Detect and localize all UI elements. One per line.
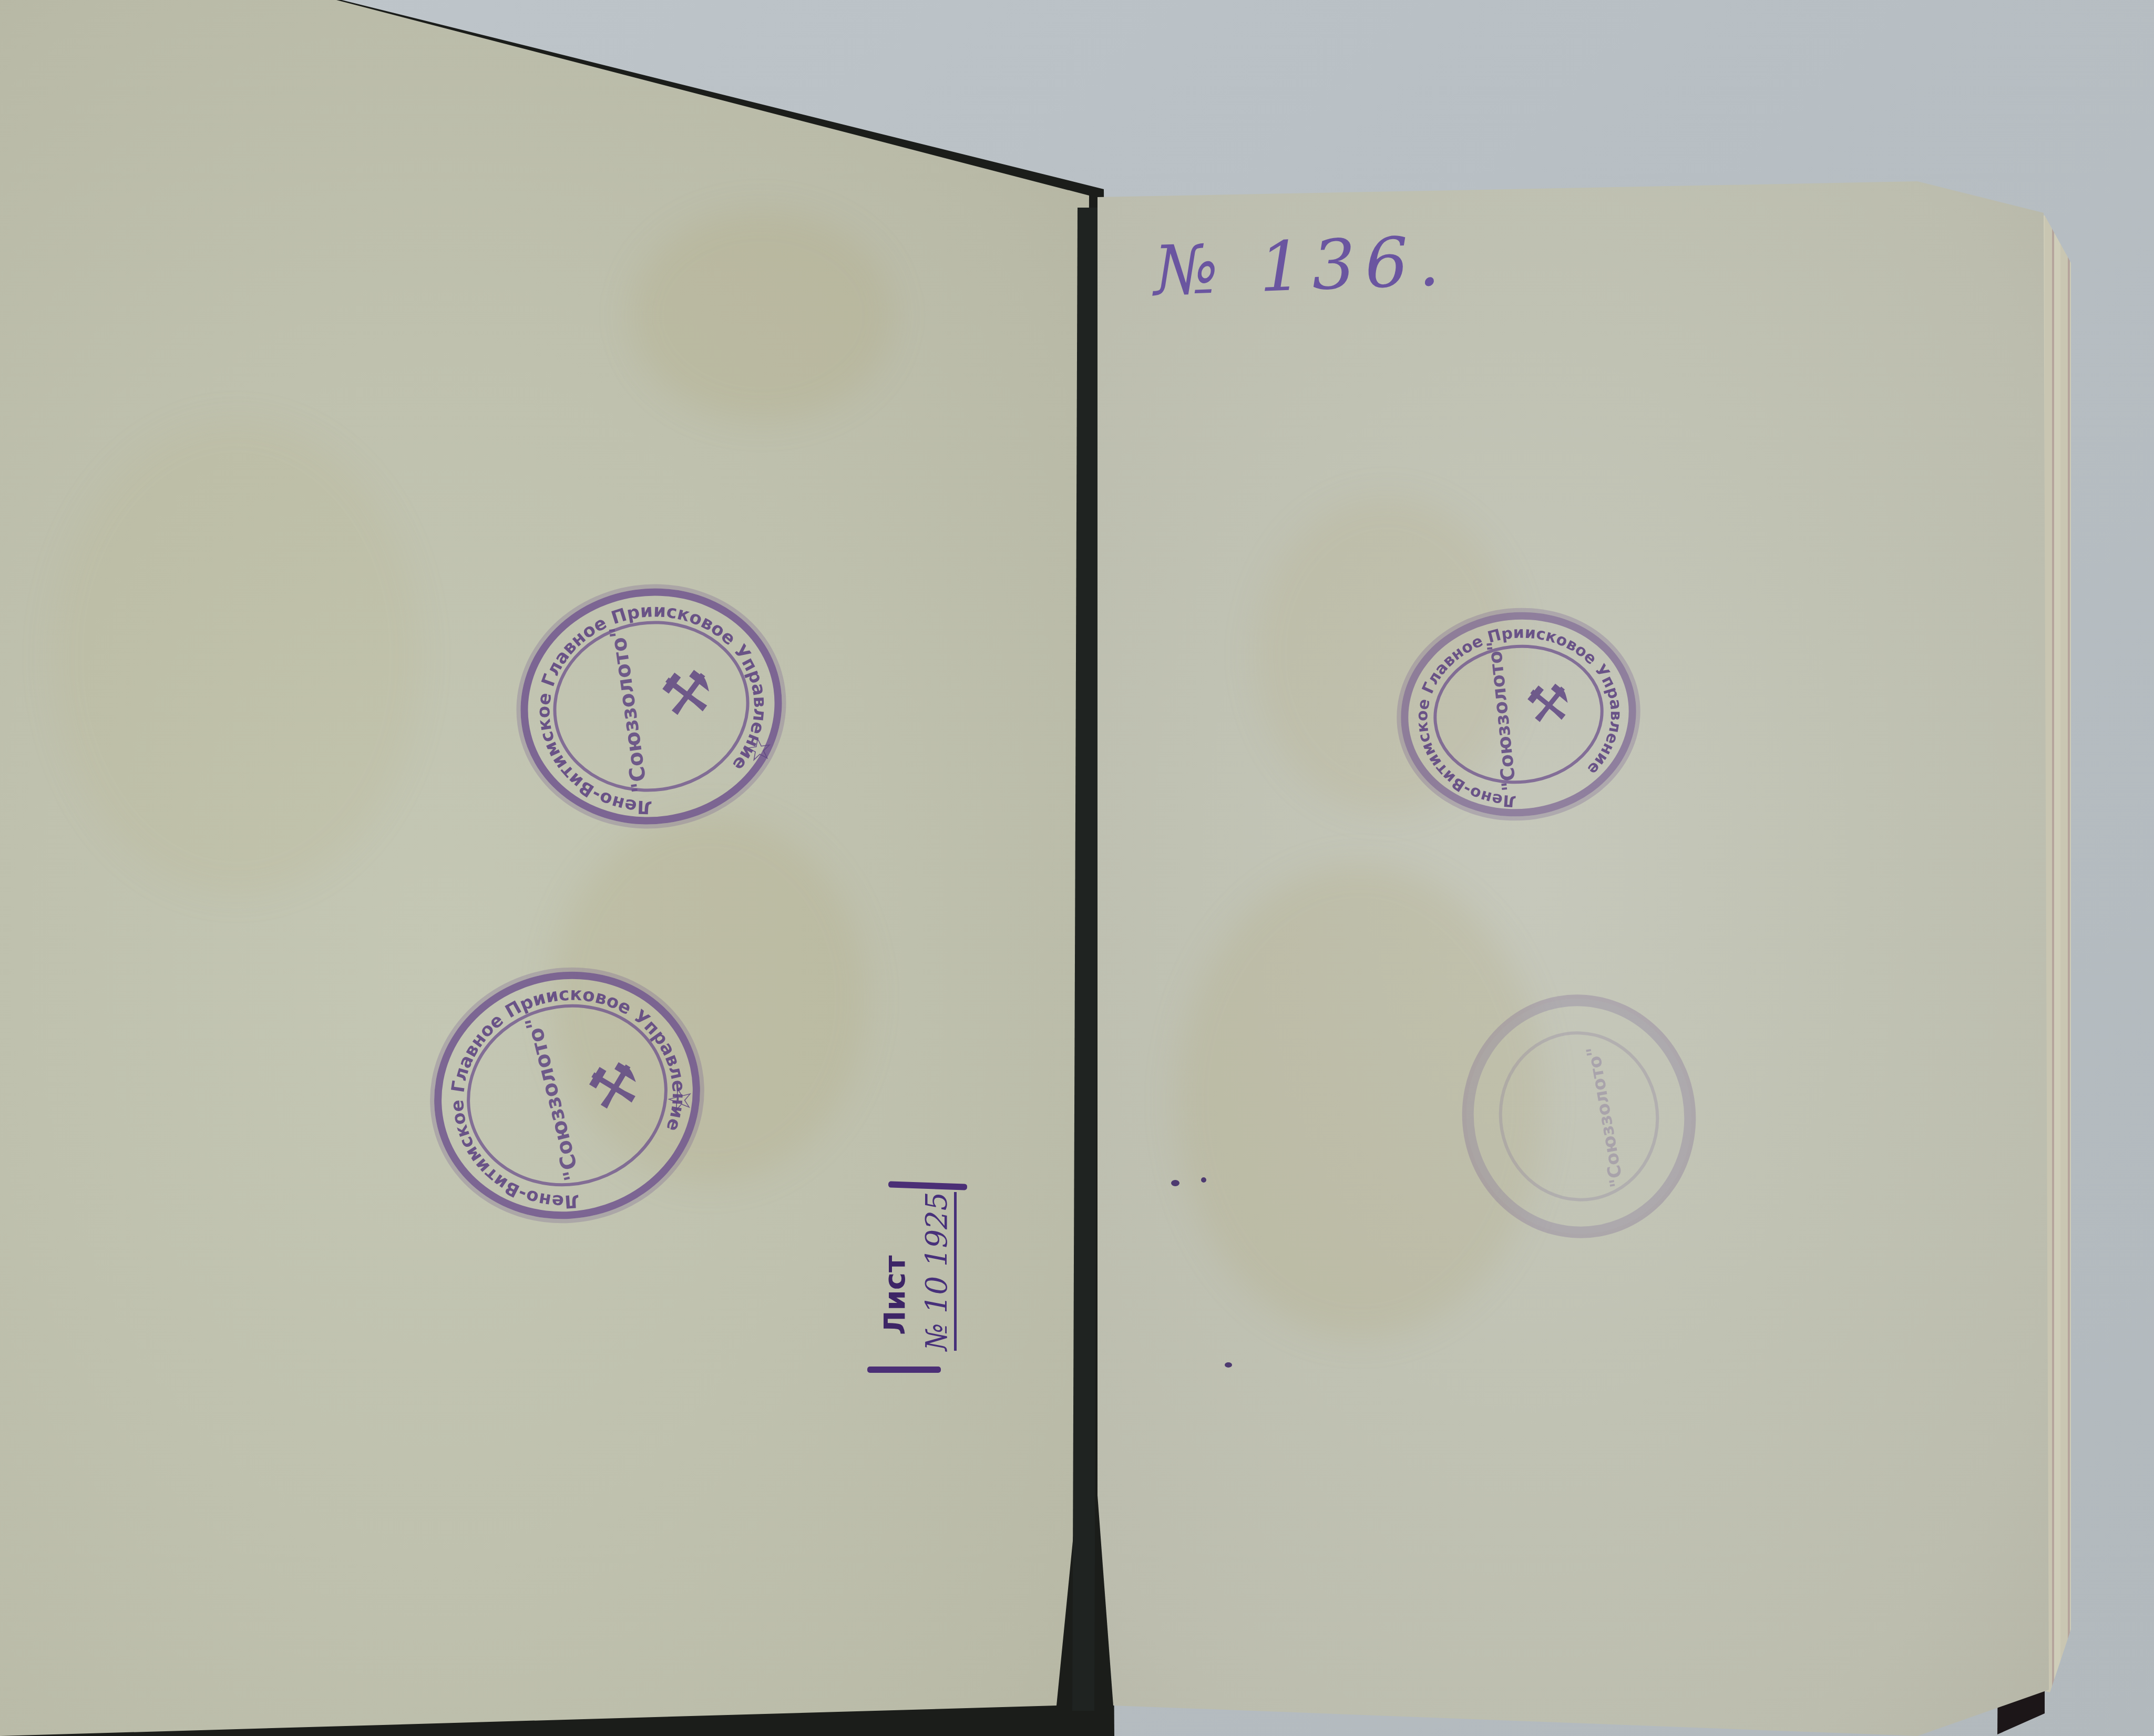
- left-endpaper: [0, 0, 1101, 1736]
- water-stain: [53, 420, 420, 893]
- stamp-left-top: Лено-Витимское Главное Приисковое Управл…: [505, 572, 797, 841]
- stamp-center-text: "Союззолото": [1483, 640, 1521, 792]
- sheet-number-stamp: Лист № 10 1925: [852, 1167, 972, 1388]
- stamp-center-text: "Союззолото": [521, 1015, 585, 1183]
- right-flyleaf: [1097, 181, 2049, 1736]
- sheet-label: Лист: [878, 1256, 912, 1335]
- stamp-ring-text: Лено-Витимское Главное Приисковое Управл…: [519, 585, 785, 832]
- ink-speck: [1225, 1362, 1232, 1368]
- stamp-center-text: "Союззолото": [605, 625, 652, 794]
- water-stain: [631, 210, 894, 420]
- hammer-and-pick-icon: ⚒: [657, 661, 716, 726]
- stamp-right-top: Лено-Витимское Главное Приисковое Управл…: [1391, 601, 1646, 828]
- stamp-bracket: [867, 1367, 941, 1373]
- inventory-number: № 136.: [1153, 221, 1451, 311]
- hammer-and-pick-icon: ⚒: [1523, 677, 1573, 732]
- ink-speck: [1201, 1177, 1206, 1183]
- hammer-and-pick-icon: ⚒: [581, 1052, 645, 1121]
- star-icon: ☆: [743, 732, 776, 767]
- sheet-number: № 10 1925: [920, 1192, 957, 1351]
- stamp-bracket: [888, 1181, 967, 1190]
- svg-text:Лено-Витимское Главное Прииско: Лено-Витимское Главное Приисковое Управл…: [519, 585, 785, 832]
- ink-speck: [1171, 1180, 1179, 1186]
- stamp-center-text: "Союззолото": [1583, 1045, 1628, 1189]
